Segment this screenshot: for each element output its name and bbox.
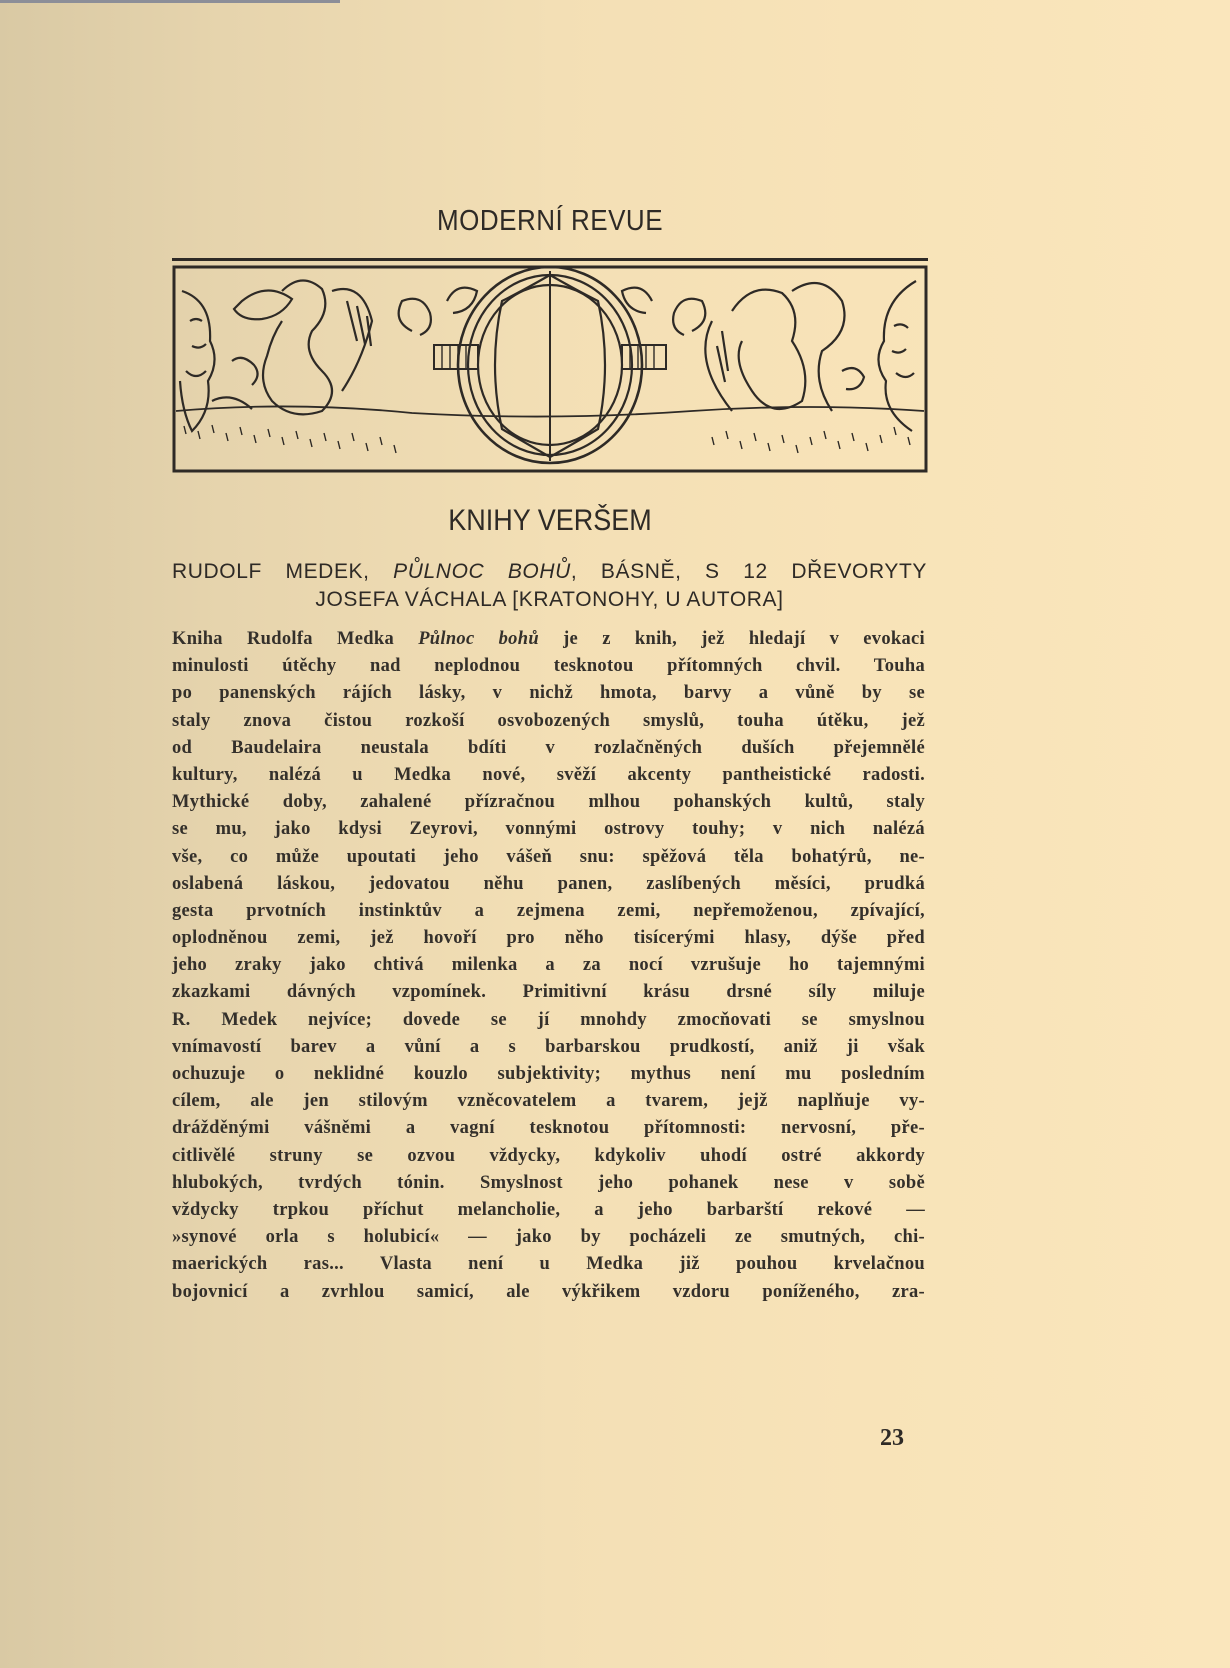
woodcut-headpiece-ornament bbox=[172, 258, 928, 476]
body-line: cílem, ale jen stilovým vzněcovatelem a … bbox=[172, 1088, 925, 1115]
body-line: staly znova čistou rozkoší osvobozených … bbox=[172, 708, 925, 735]
page-number: 23 bbox=[880, 1425, 904, 1452]
body-line: gesta prvotních instinktův a zejmena zem… bbox=[172, 898, 925, 925]
body-line: se mu, jako kdysi Zeyrovi, vonnými ostro… bbox=[172, 816, 925, 843]
body-line: jeho zraky jako chtivá milenka a za nocí… bbox=[172, 952, 925, 979]
body-line: R. Medek nejvíce; dovede se jí mnohdy zm… bbox=[172, 1007, 925, 1034]
section-heading: KNIHY VERŠEM bbox=[0, 503, 1100, 537]
body-line: »synové orla s holubicí« — jako by pochá… bbox=[172, 1224, 925, 1251]
body-line: vše, co může upoutati jeho vášeň snu: sp… bbox=[172, 844, 925, 871]
citation-book-title: PŮLNOC BOHŮ bbox=[393, 560, 571, 583]
review-body-paragraph: Kniha Rudolfa Medka Půlnoc bohů je z kni… bbox=[172, 626, 925, 1306]
citation-details: , BÁSNĚ, S 12 DŘEVORYTY bbox=[571, 560, 927, 583]
scan-edge-shadow bbox=[0, 0, 340, 3]
body-line: hlubokých, tvrdých tónin. Smyslnost jeho… bbox=[172, 1170, 925, 1197]
body-line: kultury, nalézá u Medka nové, svěží akce… bbox=[172, 762, 925, 789]
running-head-journal-title: MODERNÍ REVUE bbox=[0, 203, 1100, 238]
body-line: citlivělé struny se ozvou vždycky, kdyko… bbox=[172, 1143, 925, 1170]
body-line: bojovnicí a zvrhlou samicí, ale výkřikem… bbox=[172, 1279, 925, 1306]
citation-author: RUDOLF MEDEK, bbox=[172, 560, 393, 583]
body-line: ochuzuje o neklidné kouzlo subjektivity;… bbox=[172, 1061, 925, 1088]
body-line: Mythické doby, zahalené přízračnou mlhou… bbox=[172, 789, 925, 816]
italic-book-title: Půlnoc bohů bbox=[418, 629, 539, 649]
body-line: minulosti útěchy nad neplodnou tesknotou… bbox=[172, 653, 925, 680]
body-line: oplodněnou zemi, jež hovoří pro něho tis… bbox=[172, 925, 925, 952]
body-line: zkazkami dávných vzpomínek. Primitivní k… bbox=[172, 979, 925, 1006]
body-text-span: je z knih, jež hledají v evokaci bbox=[539, 629, 925, 649]
body-line: po panenských rájích lásky, v nichž hmot… bbox=[172, 680, 925, 707]
body-line: drážděnými vášněmi a vagní tesknotou pří… bbox=[172, 1115, 925, 1142]
body-line: od Baudelaira neustala bdíti v rozlačněn… bbox=[172, 735, 925, 762]
body-line-first: Kniha Rudolfa Medka Půlnoc bohů je z kni… bbox=[172, 626, 925, 653]
citation-line-2: JOSEFA VÁCHALA [KRATONOHY, U AUTORA] bbox=[315, 588, 783, 611]
citation-line-1: RUDOLF MEDEK, PŮLNOC BOHŮ, BÁSNĚ, S 12 D… bbox=[172, 558, 927, 586]
body-line: oslabená láskou, jedovatou něhu panen, z… bbox=[172, 871, 925, 898]
body-line: vždycky trpkou příchut melancholie, a je… bbox=[172, 1197, 925, 1224]
review-book-citation: RUDOLF MEDEK, PŮLNOC BOHŮ, BÁSNĚ, S 12 D… bbox=[172, 558, 927, 614]
woodcut-illustration-icon bbox=[172, 261, 928, 473]
body-text-span: Kniha Rudolfa Medka bbox=[172, 629, 418, 649]
body-line: vnímavostí barev a vůní a s barbarskou p… bbox=[172, 1034, 925, 1061]
body-line: maerických ras... Vlasta není u Medka ji… bbox=[172, 1251, 925, 1278]
